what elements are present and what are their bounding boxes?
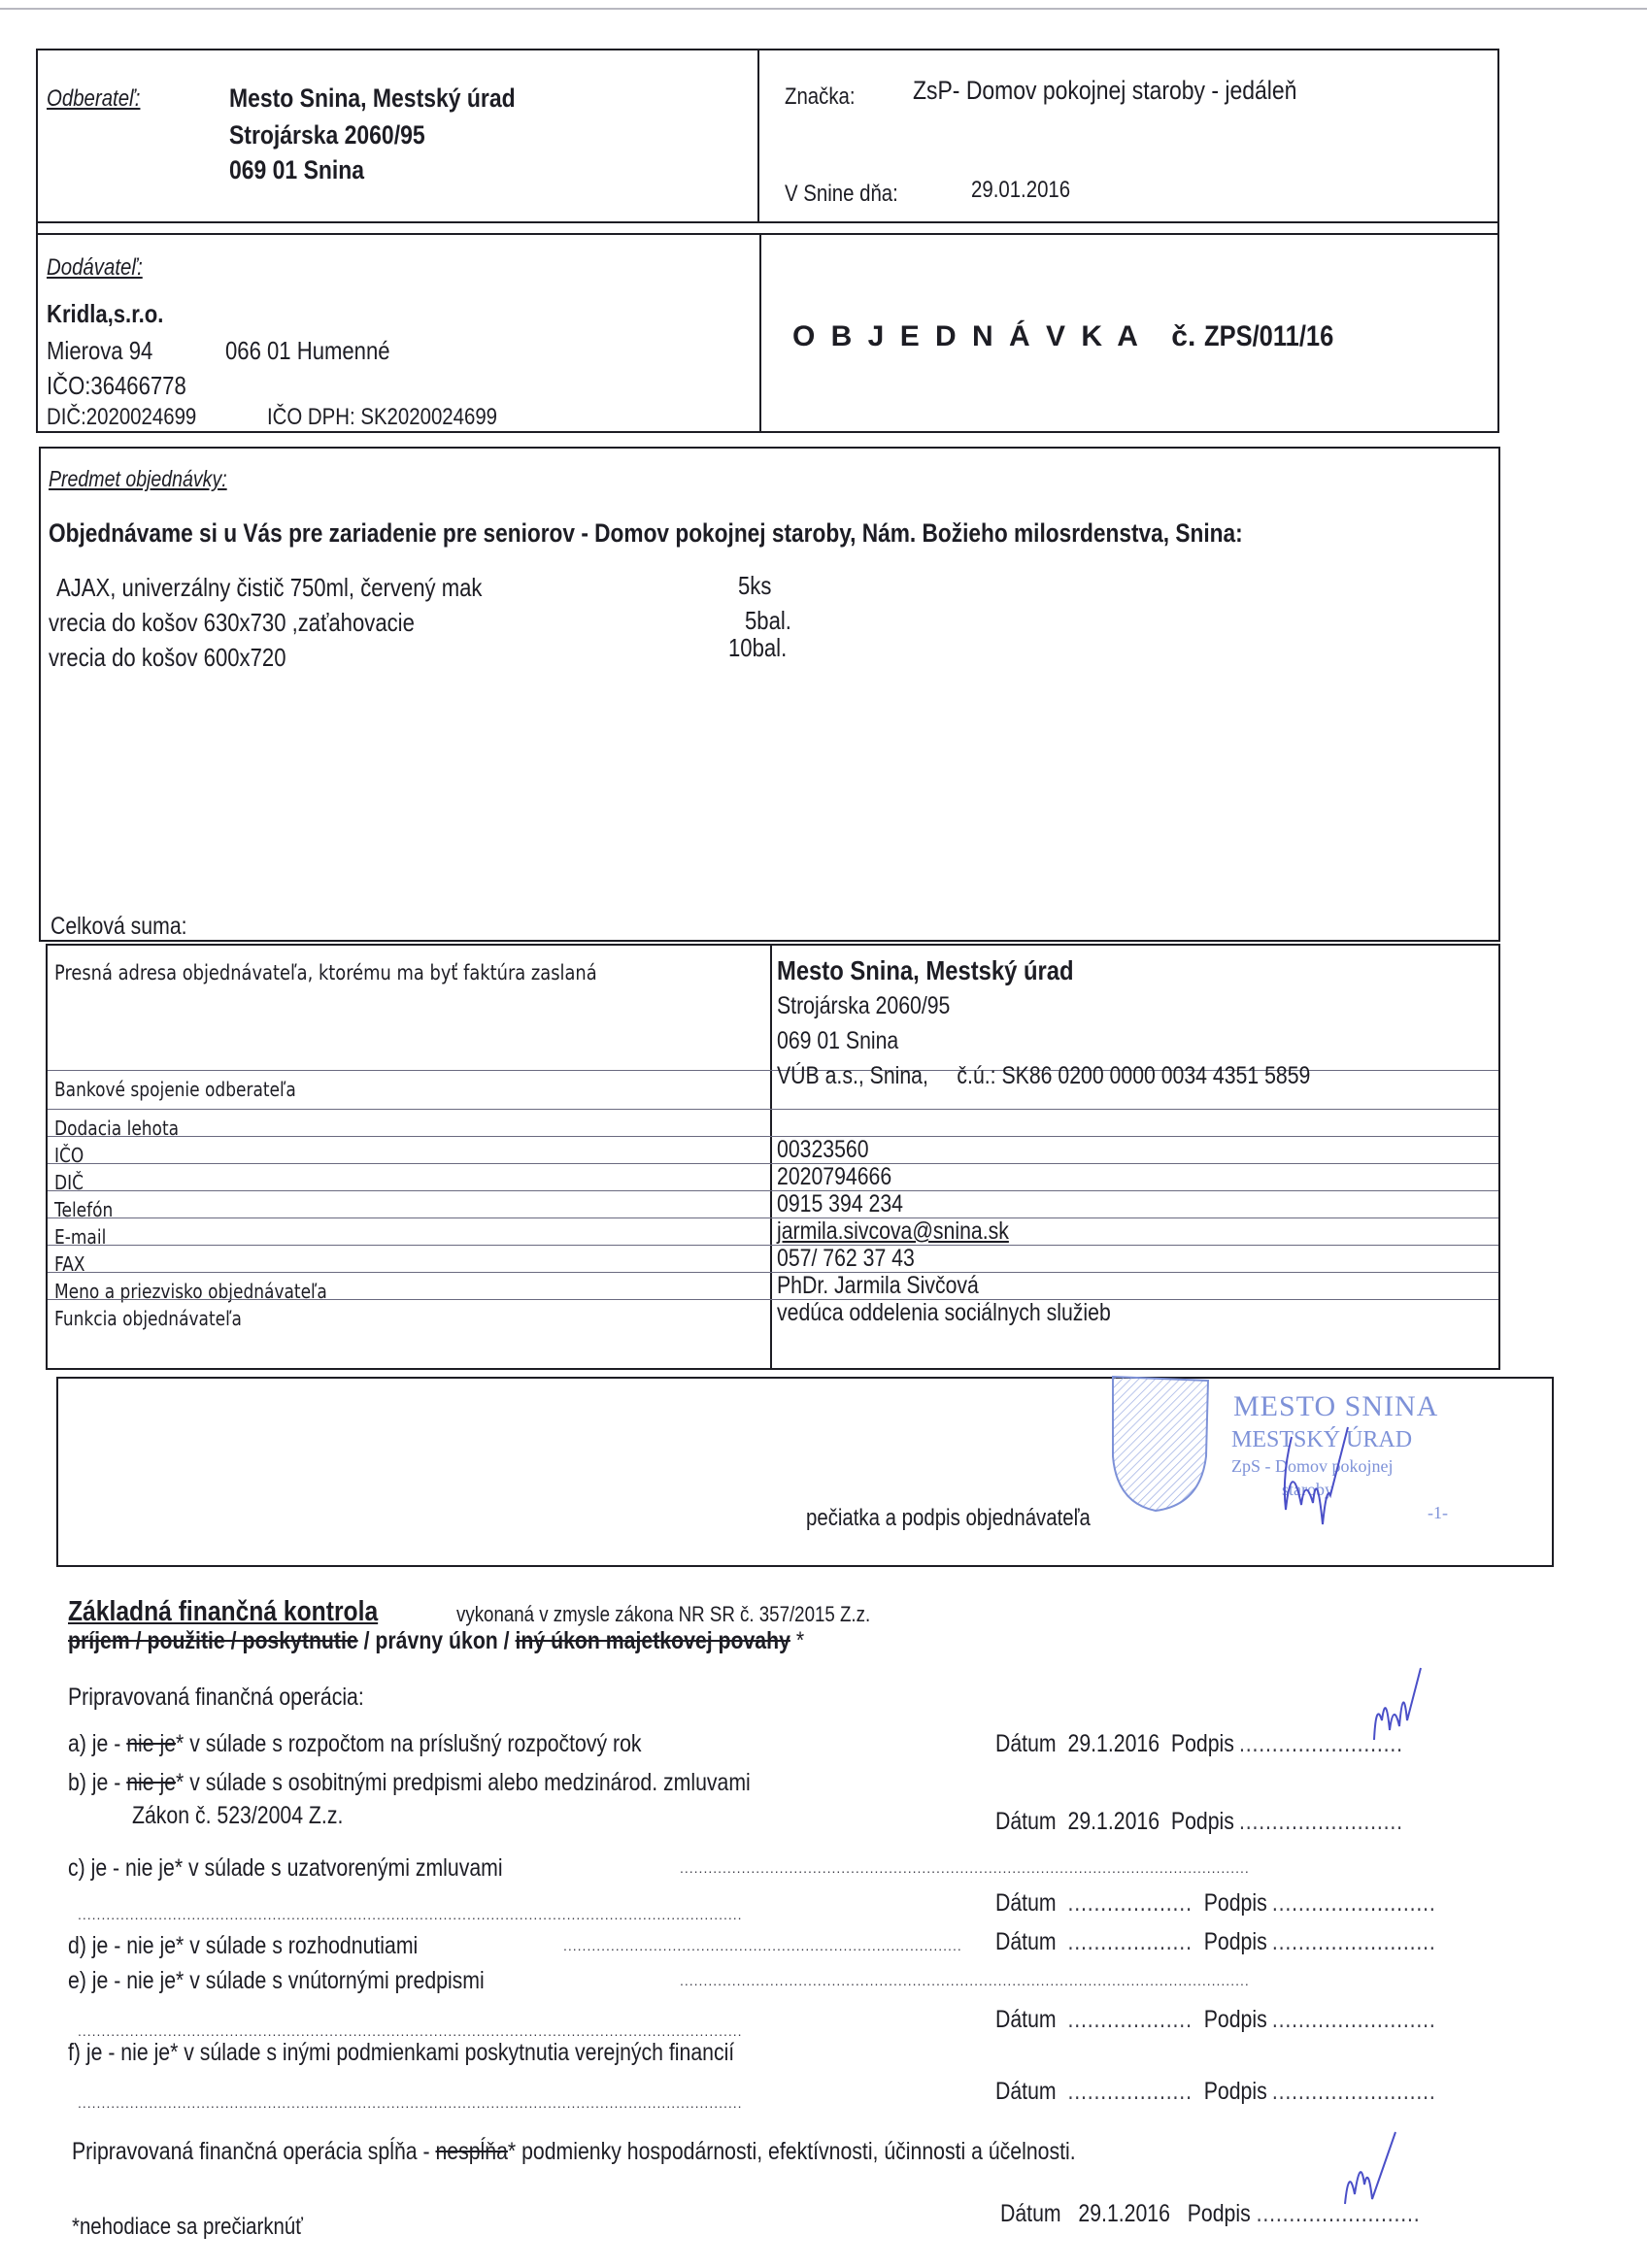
- invoice-address-street: Strojárska 2060/95: [777, 992, 950, 1020]
- supplier-street: Mierova 94: [47, 336, 152, 366]
- sign-word: Podpis: [1204, 1889, 1267, 1917]
- table-row-label: Funkcia objednávateľa: [54, 1307, 242, 1330]
- table-row-value: PhDr. Jarmila Sivčová: [777, 1272, 979, 1300]
- date-word: Dátum: [995, 1928, 1057, 1955]
- date-label: V Snine dňa:: [785, 181, 898, 208]
- date-value: 29.1.2016: [1067, 1808, 1160, 1835]
- control-item-struck: nie je: [126, 1769, 176, 1796]
- control-item-prefix: e) je - nie je* v súlade s vnútornými pr…: [68, 1967, 485, 1994]
- table-row-value: VÚB a.s., Snina, č.ú.: SK86 0200 0000 00…: [777, 1062, 1310, 1090]
- buyer-name: Mesto Snina, Mestský úrad: [229, 83, 516, 114]
- supplier-ico: IČO:36466778: [47, 371, 186, 401]
- control-types: príjem / použitie / poskytnutie / právny…: [68, 1627, 804, 1655]
- sign-dots: .........................: [1272, 1889, 1436, 1917]
- fill-dots: ........................................…: [78, 2095, 961, 2111]
- supplier-label: Dodávateľ:: [47, 254, 143, 282]
- fill-dots: ........................................…: [78, 2023, 961, 2039]
- buyer-label: Odberateľ:: [47, 85, 140, 113]
- date-value: 29.01.2016: [971, 177, 1070, 204]
- date-value: 29.1.2016: [1067, 1730, 1160, 1757]
- supplier-name: Kridla,s.r.o.: [47, 299, 163, 329]
- control-item-extra: Zákon č. 523/2004 Z.z.: [132, 1802, 343, 1830]
- footnote: *nehodiace sa prečiarknúť: [72, 2214, 303, 2241]
- control-title: Základná finančná kontrola: [68, 1596, 378, 1628]
- date-signature-row: Dátum...................Podpis..........…: [995, 2078, 1436, 2106]
- date-value: ...................: [1067, 2078, 1192, 2105]
- conclusion-pre: Pripravovaná finančná operácia spĺňa -: [72, 2138, 435, 2165]
- mark-label: Značka:: [785, 83, 856, 111]
- mark-value: ZsP- Domov pokojnej staroby - jedáleň: [913, 76, 1296, 106]
- order-title-text: O B J E D N Á V K A: [792, 320, 1142, 352]
- supplier-city: 066 01 Humenné: [225, 336, 390, 366]
- order-title: O B J E D N Á V K A č. ZPS/011/16: [792, 320, 1356, 353]
- control-item: a) je - nie je* v súlade s rozpočtom na …: [68, 1730, 642, 1758]
- invoice-address-name: Mesto Snina, Mestský úrad: [777, 955, 1074, 986]
- stamp-seal-icon: [1107, 1369, 1214, 1515]
- order-number-prefix: č.: [1171, 320, 1195, 352]
- invoice-address-label: Presná adresa objednávateľa, ktorému ma …: [54, 961, 597, 984]
- item-name: vrecia do košov 600x720: [49, 643, 286, 673]
- control-item-prefix: c) je - nie je* v súlade s uzatvorenými …: [68, 1854, 503, 1882]
- control-item-prefix: d) je - nie je* v súlade s rozhodnutiami: [68, 1932, 418, 1959]
- table-row-value: vedúca oddelenia sociálnych služieb: [777, 1299, 1111, 1327]
- control-item-struck: nie je: [126, 1730, 176, 1757]
- table-row-value[interactable]: jarmila.sivcova@snina.sk: [777, 1217, 1009, 1246]
- date-value: ...................: [1067, 1928, 1192, 1955]
- table-row-value: 2020794666: [777, 1163, 891, 1191]
- control-item-suffix: * v súlade s osobitnými predpismi alebo …: [176, 1769, 751, 1796]
- sign-dots: .........................: [1239, 1808, 1403, 1835]
- signature-icon: [1335, 2126, 1432, 2223]
- invoice-divider: [770, 944, 772, 1370]
- table-row-label: Bankové spojenie odberateľa: [54, 1078, 296, 1101]
- stamp-line: -1-: [1428, 1503, 1448, 1523]
- sign-word: Podpis: [1204, 1928, 1267, 1955]
- signature-icon: [1262, 1417, 1379, 1544]
- item-name: vrecia do košov 630x730 ,zaťahovacie: [49, 608, 415, 638]
- item-qty: 10bal.: [728, 633, 787, 663]
- subject-intro: Objednávame si u Vás pre zariadenie pre …: [49, 518, 1243, 549]
- sign-word: Podpis: [1204, 2078, 1267, 2105]
- date-signature-row: Dátum...................Podpis..........…: [995, 1889, 1436, 1918]
- final-date: 29.1.2016: [1078, 2200, 1170, 2227]
- header-rule-2: [36, 233, 1499, 235]
- operation-label: Pripravovaná finančná operácia:: [68, 1684, 364, 1712]
- subject-label: Predmet objednávky:: [49, 466, 227, 492]
- table-row-rule: [48, 1272, 1498, 1273]
- table-row-rule: [48, 1245, 1498, 1246]
- table-row-value: 00323560: [777, 1136, 869, 1164]
- control-item: c) je - nie je* v súlade s uzatvorenými …: [68, 1854, 503, 1883]
- supplier-divider: [759, 233, 761, 433]
- date-value: ...................: [1067, 1889, 1192, 1917]
- invoice-table: [46, 944, 1500, 1370]
- fill-dots: ........................................…: [78, 1907, 961, 1922]
- supplier-dic: DIČ:2020024699: [47, 404, 196, 431]
- control-item-prefix: f) je - nie je* v súlade s inými podmien…: [68, 2039, 734, 2066]
- control-item-prefix: a) je -: [68, 1730, 126, 1757]
- total-label: Celková suma:: [50, 913, 187, 941]
- control-item: f) je - nie je* v súlade s inými podmien…: [68, 2039, 734, 2067]
- table-row-value: 057/ 762 37 43: [777, 1245, 915, 1273]
- type-struck: príjem / použitie / poskytnutie: [68, 1627, 358, 1654]
- buyer-city: 069 01 Snina: [229, 155, 364, 185]
- supplier-ic-dph: IČO DPH: SK2020024699: [267, 404, 497, 431]
- type-kept: / právny úkon /: [358, 1627, 516, 1654]
- table-row-rule: [48, 1163, 1498, 1164]
- date-word: Dátum: [995, 2078, 1057, 2105]
- date-word: Dátum: [1000, 2200, 1061, 2227]
- type-star: *: [790, 1627, 804, 1654]
- date-signature-row: Dátum...................Podpis..........…: [995, 2006, 1436, 2034]
- invoice-address-city: 069 01 Snina: [777, 1027, 898, 1055]
- date-word: Dátum: [995, 1730, 1057, 1757]
- table-row-rule: [48, 1109, 1498, 1110]
- type-struck: iný úkon majetkovej povahy: [516, 1627, 790, 1654]
- control-item-prefix: b) je -: [68, 1769, 126, 1796]
- date-signature-row: Dátum29.1.2016Podpis....................…: [995, 1808, 1403, 1836]
- fill-dots: ........................................…: [563, 1938, 961, 1953]
- stamp-caption: pečiatka a podpis objednávateľa: [806, 1505, 1091, 1532]
- table-row-rule: [48, 1190, 1498, 1191]
- signature-icon: [1364, 1662, 1452, 1759]
- header-divider: [757, 49, 759, 223]
- item-name: AJAX, univerzálny čistič 750ml, červený …: [56, 573, 482, 603]
- buyer-street: Strojárska 2060/95: [229, 120, 425, 150]
- fill-dots: ........................................…: [680, 1973, 1544, 1988]
- date-signature-row: Dátum29.1.2016Podpis....................…: [995, 1730, 1403, 1758]
- sign-dots: .........................: [1272, 2078, 1436, 2105]
- control-item: b) je - nie je* v súlade s osobitnými pr…: [68, 1769, 751, 1797]
- conclusion-struck: nespĺňa: [435, 2138, 507, 2165]
- header-rule-1: [36, 221, 1499, 223]
- sign-dots: .........................: [1272, 2006, 1436, 2033]
- control-title-rest: vykonaná v zmysle zákona NR SR č. 357/20…: [456, 1602, 870, 1627]
- conclusion-post: * podmienky hospodárnosti, efektívnosti,…: [508, 2138, 1076, 2165]
- control-item: e) je - nie je* v súlade s vnútornými pr…: [68, 1967, 485, 1995]
- scan-edge-line: [0, 8, 1647, 10]
- control-item-suffix: * v súlade s rozpočtom na príslušný rozp…: [176, 1730, 642, 1757]
- sign-word: Podpis: [1171, 1730, 1234, 1757]
- conclusion: Pripravovaná finančná operácia spĺňa - n…: [72, 2138, 1076, 2166]
- item-qty: 5bal.: [745, 606, 791, 636]
- control-heading: Základná finančná kontrola: [68, 1596, 432, 1628]
- fill-dots: ........................................…: [680, 1860, 1544, 1876]
- sign-word: Podpis: [1204, 2006, 1267, 2033]
- date-word: Dátum: [995, 1889, 1057, 1917]
- item-qty: 5ks: [738, 571, 771, 601]
- table-row-rule: [48, 1217, 1498, 1218]
- sign-word: Podpis: [1171, 1808, 1234, 1835]
- table-row-value: 0915 394 234: [777, 1190, 903, 1218]
- table-row-rule: [48, 1299, 1498, 1300]
- order-number: ZPS/011/16: [1204, 320, 1333, 353]
- control-item: d) je - nie je* v súlade s rozhodnutiami: [68, 1932, 418, 1960]
- table-row-rule: [48, 1136, 1498, 1137]
- date-word: Dátum: [995, 2006, 1057, 2033]
- date-signature-row: Dátum...................Podpis..........…: [995, 1928, 1436, 1956]
- sign-dots: .........................: [1272, 1928, 1436, 1955]
- sign-word: Podpis: [1188, 2200, 1251, 2227]
- date-value: ...................: [1067, 2006, 1192, 2033]
- date-word: Dátum: [995, 1808, 1057, 1835]
